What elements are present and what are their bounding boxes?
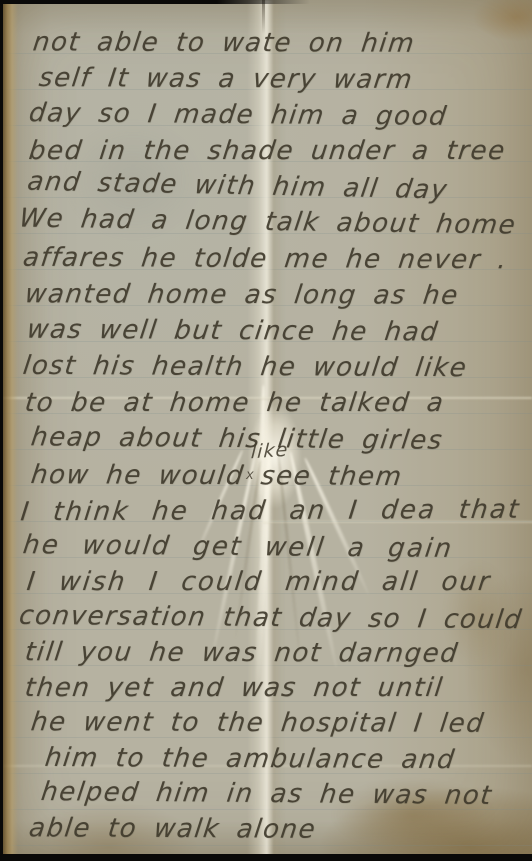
letter-line: conversation that day so I could (17, 601, 524, 635)
letter-line: heap about his little girles (29, 422, 445, 456)
letter-line: then yet and was not until (23, 673, 445, 703)
letter-line: how he would see them (29, 460, 404, 492)
letter-line: was well but cince he had (25, 315, 440, 348)
letter-line: he went to the hospital I led (29, 707, 486, 739)
photo-edge-top (0, 0, 310, 4)
letter-paper: not able to wate on him self It was a ve… (3, 0, 532, 855)
letter-line: not able to wate on him (31, 27, 417, 58)
letter-line: till you he was not darnged (23, 637, 460, 669)
letter-line: he would get well a gain (21, 530, 455, 564)
letter-line: I think he had an I dea that (19, 495, 522, 528)
letter-line: I wish I could mind all our (25, 567, 493, 597)
letter-line: day so I made him a good (27, 98, 449, 132)
letter-line: lost his health he would like (21, 351, 469, 383)
letter-line: wanted home as long as he (23, 279, 461, 311)
photo-edge-left (0, 0, 3, 861)
letter-line: helped him in as he was not (39, 777, 494, 811)
photo-edge-bottom (0, 854, 532, 861)
letter-line: to be at home he talked a (23, 388, 446, 418)
paper-deckle-edge (3, 0, 18, 855)
insertion-caret: x (246, 468, 254, 483)
inserted-word: like (250, 439, 289, 464)
letter-line: self It was a very warm (37, 63, 415, 95)
letter-line: affares he tolde me he never . (21, 243, 509, 276)
letter-line: him to the ambulance and (43, 743, 457, 775)
letter-photo: not able to wate on him self It was a ve… (0, 0, 532, 861)
letter-line: bed in the shade under a tree (27, 136, 507, 166)
letter-line: able to walk alone (27, 813, 318, 845)
